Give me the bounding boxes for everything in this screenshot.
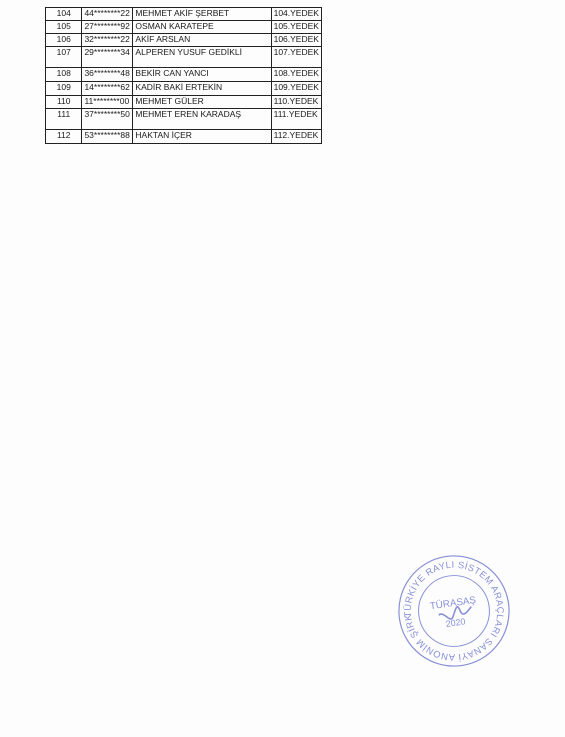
masked-id: 11********00 [82,96,133,109]
table-row: 10836********48BEKİR CAN YANCI108.YEDEK [46,68,322,82]
stamp-seal-icon: TÜRKİYE RAYLI SİSTEM ARAÇLARI SANAYİ ANO… [387,544,520,677]
masked-id: 14********62 [82,82,133,96]
masked-id: 27********92 [82,21,133,34]
person-name: KADİR BAKİ ERTEKİN [133,82,271,96]
table-row: 11137********50MEHMET EREN KARADAŞ111.YE… [46,109,322,130]
table-row: 10444********22MEHMET AKİF ŞERBET104.YED… [46,8,322,21]
row-number: 111 [46,109,82,130]
reserve-status: 110.YEDEK [271,96,321,109]
table-row: 10914********62KADİR BAKİ ERTEKİN109.YED… [46,82,322,96]
row-number: 105 [46,21,82,34]
table-row: 11253********88HAKTAN İÇER112.YEDEK [46,130,322,144]
person-name: MEHMET GÜLER [133,96,271,109]
masked-id: 53********88 [82,130,133,144]
reserve-status: 105.YEDEK [271,21,321,34]
reserve-status: 112.YEDEK [271,130,321,144]
row-number: 107 [46,47,82,68]
reserve-status: 108.YEDEK [271,68,321,82]
row-number: 109 [46,82,82,96]
person-name: AKİF ARSLAN [133,34,271,47]
table-row: 10527********92OSMAN KARATEPE105.YEDEK [46,21,322,34]
table-row: 11011********00MEHMET GÜLER110.YEDEK [46,96,322,109]
reserve-status: 104.YEDEK [271,8,321,21]
person-name: OSMAN KARATEPE [133,21,271,34]
reserve-status: 107.YEDEK [271,47,321,68]
masked-id: 37********50 [82,109,133,130]
stamp-center-text: TÜRASAŞ [429,595,477,612]
masked-id: 32********22 [82,34,133,47]
masked-id: 36********48 [82,68,133,82]
document-page: 10444********22MEHMET AKİF ŞERBET104.YED… [0,0,565,737]
row-number: 110 [46,96,82,109]
person-name: MEHMET EREN KARADAŞ [133,109,271,130]
row-number: 112 [46,130,82,144]
person-name: MEHMET AKİF ŞERBET [133,8,271,21]
row-number: 106 [46,34,82,47]
person-name: BEKİR CAN YANCI [133,68,271,82]
reserve-status: 109.YEDEK [271,82,321,96]
table-row: 10729********34ALPEREN YUSUF GEDİKLİ107.… [46,47,322,68]
reserve-status: 111.YEDEK [271,109,321,130]
masked-id: 29********34 [82,47,133,68]
reserve-status: 106.YEDEK [271,34,321,47]
reserve-list-table: 10444********22MEHMET AKİF ŞERBET104.YED… [45,7,322,144]
person-name: HAKTAN İÇER [133,130,271,144]
row-number: 104 [46,8,82,21]
table-row: 10632********22AKİF ARSLAN106.YEDEK [46,34,322,47]
person-name: ALPEREN YUSUF GEDİKLİ [133,47,271,68]
masked-id: 44********22 [82,8,133,21]
company-stamp: TÜRKİYE RAYLI SİSTEM ARAÇLARI SANAYİ ANO… [387,544,520,677]
row-number: 108 [46,68,82,82]
